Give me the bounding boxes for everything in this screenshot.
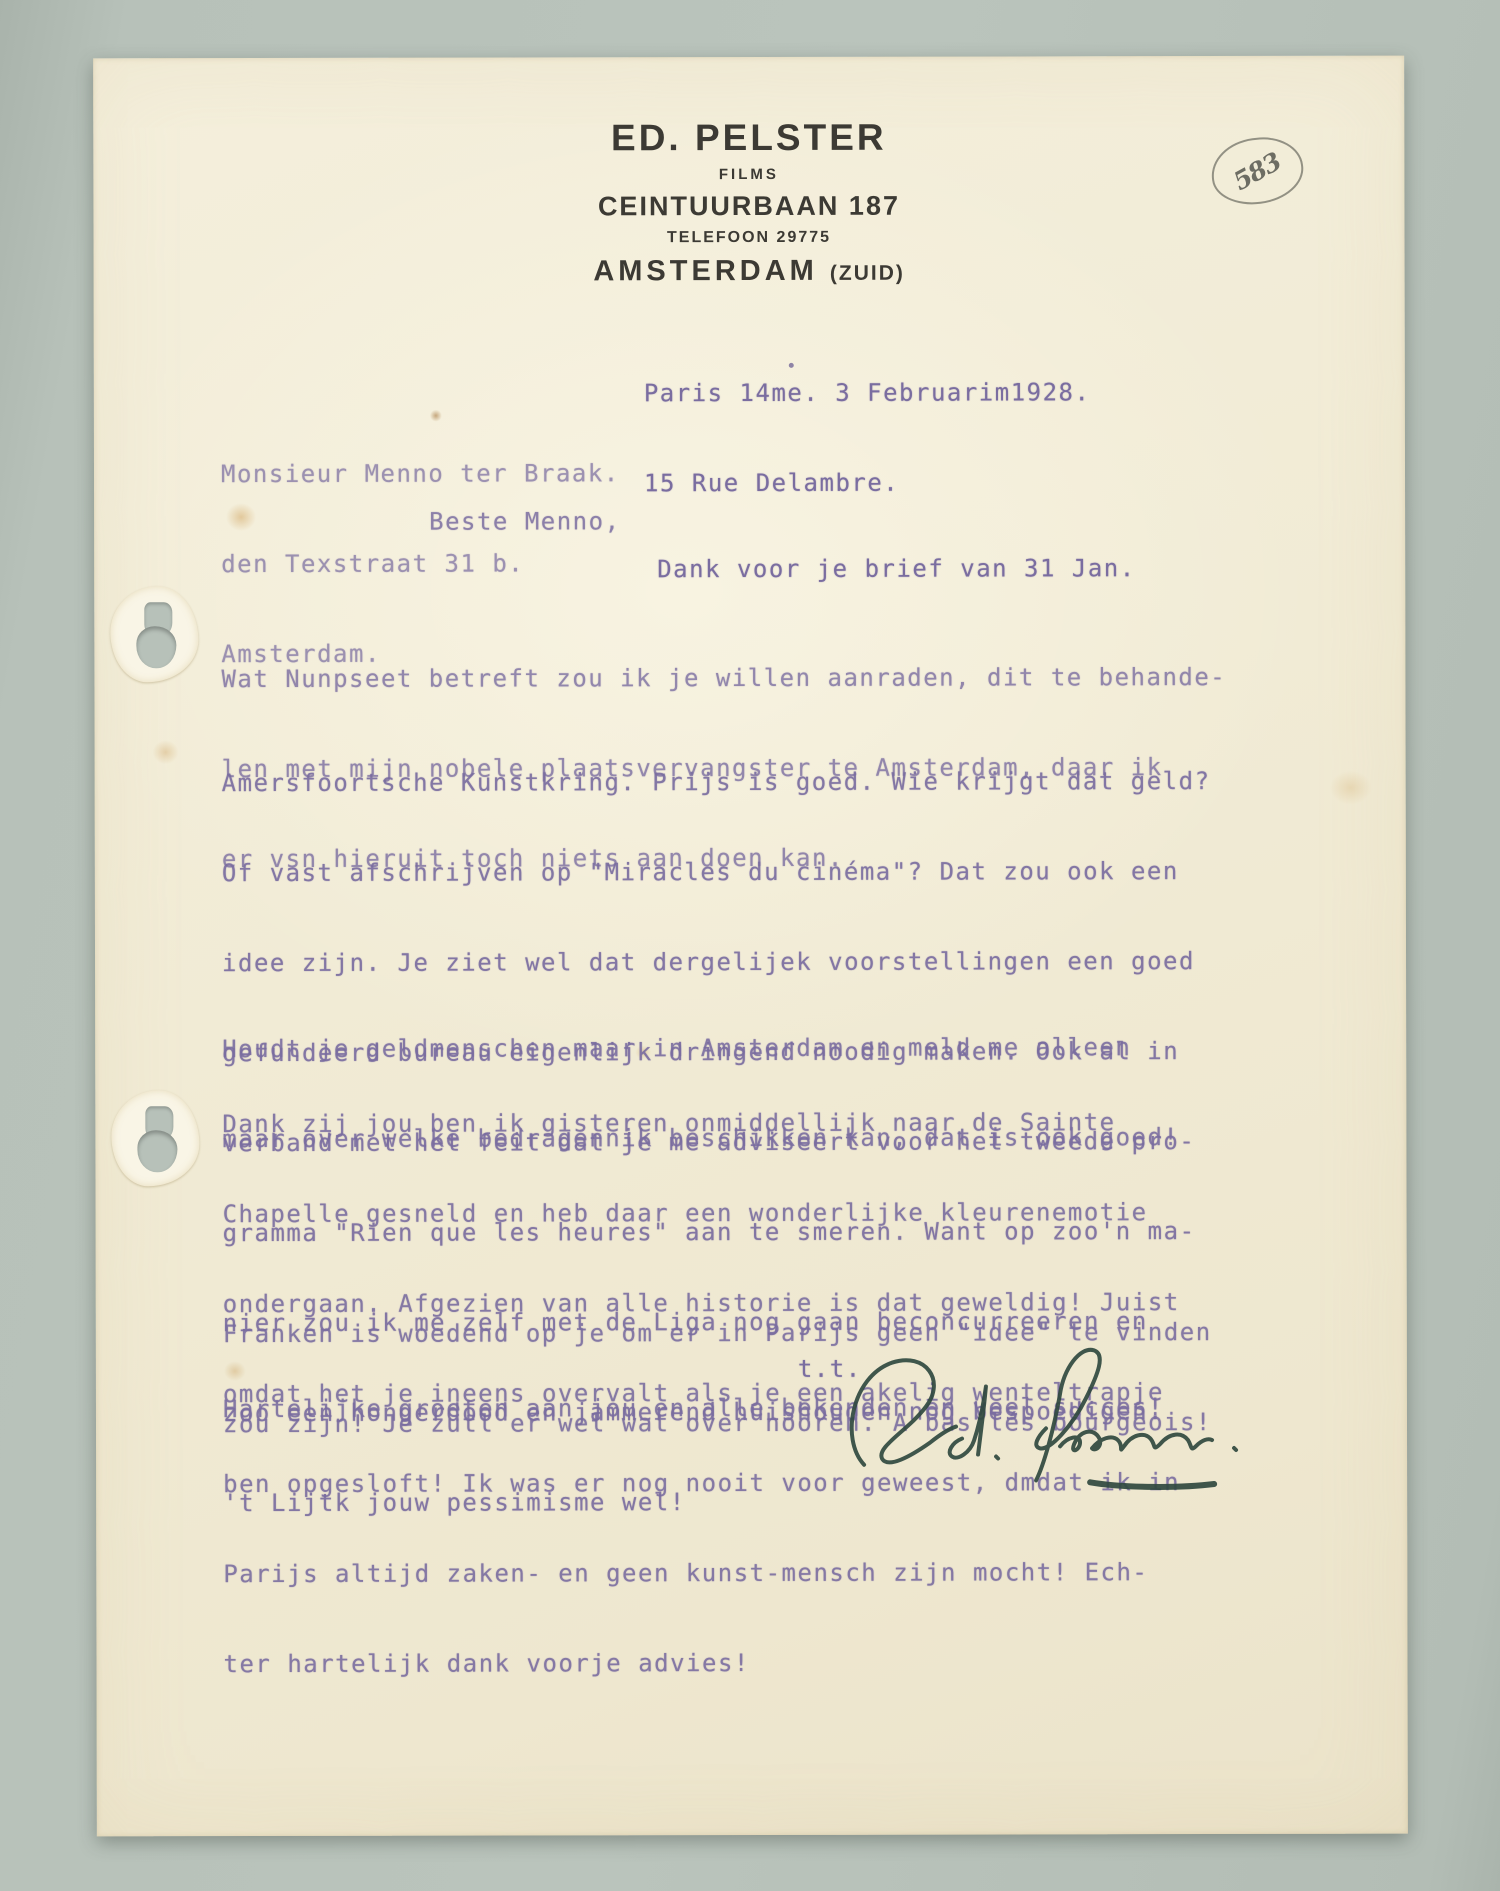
salutation: Beste Menno, — [429, 506, 620, 536]
body-line: Parijs altijd zaken- en geen kunst-mensc… — [223, 1557, 1180, 1589]
body-line: Amersfoortsche Kunstkring. Prijs is goed… — [222, 766, 1211, 798]
signature — [834, 1342, 1314, 1513]
letterhead-subtitle: FILMS — [93, 165, 1404, 185]
punch-hole-top — [110, 586, 198, 682]
dateline-block: Paris 14me. 3 Februarim1928. 15 Rue Dela… — [644, 317, 1091, 558]
archive-number: 583 — [1229, 146, 1286, 195]
letterhead-city-suffix: (ZUID) — [830, 262, 905, 285]
body-line: Wat Nunpseet betreft zou ik je willen aa… — [221, 662, 1226, 694]
signature-strokes — [834, 1342, 1314, 1513]
letter-page: ED. PELSTER FILMS CEINTUURBAAN 187 TELEF… — [93, 56, 1408, 1837]
body-line: Dank zij jou ben ik gisteren onmiddellij… — [222, 1107, 1179, 1139]
body-line: ter hartelijk dank voorje advies! — [223, 1647, 1180, 1679]
punch-hole-bottom — [111, 1090, 199, 1186]
body-line: Of vast afschrijven op "Miracles du ciné… — [222, 856, 1211, 888]
letterhead: ED. PELSTER FILMS CEINTUURBAAN 187 TELEF… — [93, 116, 1404, 290]
letterhead-street-address: CEINTUURBAAN 187 — [93, 190, 1404, 224]
stain — [153, 740, 179, 764]
body-line: Chapelle gesneld en heb daar een wonderl… — [223, 1197, 1180, 1229]
sender-address-line: 15 Rue Delambre. — [644, 467, 1091, 498]
stain — [1330, 771, 1372, 805]
recipient-street: den Texstraat 31 b. — [221, 548, 620, 579]
recipient-name: Monsieur Menno ter Braak. — [221, 458, 620, 489]
letterhead-city: AMSTERDAM (ZUID) — [94, 254, 1405, 290]
letterhead-phone: TELEFOON 29775 — [93, 228, 1404, 249]
opening-line: Dank voor je brief van 31 Jan. — [657, 553, 1136, 584]
date-line: Paris 14me. 3 Februarim1928. — [644, 377, 1091, 408]
ink-speck — [789, 363, 794, 368]
letterhead-city-name: AMSTERDAM — [593, 255, 818, 287]
letterhead-company-name: ED. PELSTER — [93, 116, 1404, 161]
